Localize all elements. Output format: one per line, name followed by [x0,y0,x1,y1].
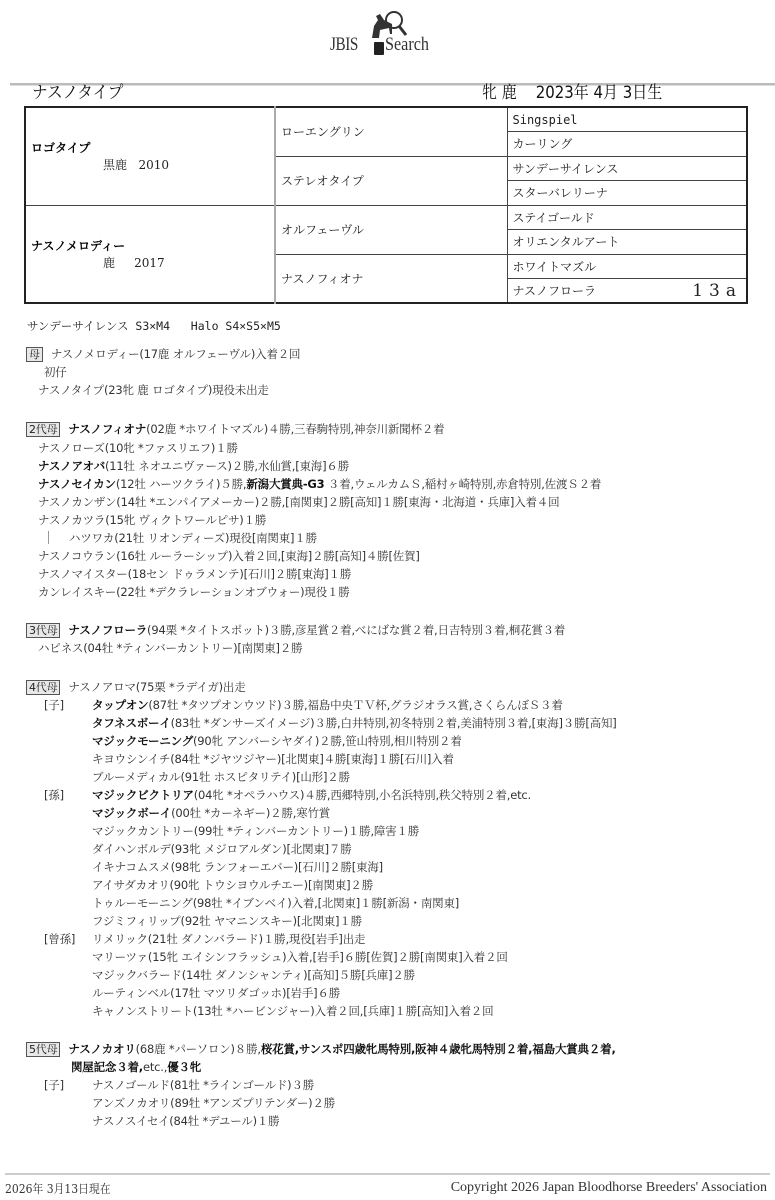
gen5-row[interactable]: ナスノゴールド(81牡 *ラインゴールド)３勝 [92,1077,314,1093]
pedigree-gen3-1[interactable]: Singspiel [507,107,747,132]
row-name[interactable]: マジックモーニング [92,734,193,748]
title-row: ナスノタイプ 牝 鹿 2023年 4月 3日生 [32,76,752,106]
dam-detail: 鹿 2017 [31,254,274,271]
dam-line: 母ナスノメロディー(17鹿 オルフェーヴル)入着２回 [26,346,300,362]
row-record: (11牡 ネオユニヴァース)２勝,水仙賞,[東海]６勝 [105,459,349,473]
pedigree-gen3-7[interactable]: ホワイトマズル [507,254,747,279]
gen3-head: 3代母ナスノフローラ(94栗 *タイトスポット)３勝,彦星賞２着,べにばな賞２着… [26,622,565,638]
gen2-row[interactable]: ナスノカツラ(15牝 ヴィクトワールピサ)１勝 [38,512,266,528]
badge-gen5: 5代母 [26,1042,60,1057]
sire-name[interactable]: ロゴタイプ [31,139,274,156]
gen4-row[interactable]: キヨウシンイチ(84牡 *ジヤツジヤー)[北関東]４勝[東海]１勝[石川]入着 [92,751,454,767]
row-graded-race: 新潟大賞典-G3 [246,477,324,491]
dam-entry[interactable]: ナスノメロディー(17鹿 オルフェーヴル)入着２回 [51,347,301,361]
row-name[interactable]: マジックビクトリア [92,788,194,802]
gen2-row[interactable]: カンレイスキー(22牡 *デクラレーションオブウォー)現役１勝 [38,584,350,600]
gen2-row[interactable]: ハツワカ(21牡 リオンディーズ)現役[南関東]１勝 [38,530,317,546]
row-record: (00牡 *カーネギー)２勝,寒竹賞 [171,806,330,820]
gen4-group-label: [孫] [44,787,64,803]
row-record: (04牝 *オペラハウス)４勝,西郷特別,小名浜特別,秩父特別２着,etc. [194,788,531,802]
gen2-row[interactable]: ナスノローズ(10牝 *ファスリエフ)１勝 [38,440,238,456]
gen2-dam-record: (02鹿 *ホワイトマズル)４勝,三春駒特別,神奈川新聞杯２着 [146,422,444,436]
gen4-row[interactable]: キャノンストリート(13牡 *ハービンジャー)入着２回,[兵庫]１勝[高知]入着… [92,1003,493,1019]
row-name[interactable]: ナスノアオバ [38,459,105,473]
horse-name: ナスノタイプ [32,78,123,103]
footer-divider [5,1173,770,1175]
gen2-row[interactable]: ナスノコウラン(16牡 ルーラーシップ)入着２回,[東海]２勝[高知]４勝[佐賀… [38,548,420,564]
gen4-group-label: [子] [44,697,64,713]
gen4-row[interactable]: マジックビクトリア(04牝 *オペラハウス)４勝,西郷特別,小名浜特別,秩父特別… [92,787,531,803]
gen5-head: 5代母ナスノカオリ(68鹿 *パーソロン)８勝,桜花賞,サンスポ四歳牝馬特別,阪… [26,1041,616,1057]
row-name[interactable]: タフネスボーイ [92,716,171,730]
pedigree-dam[interactable]: ナスノメロディー 鹿 2017 [25,205,275,303]
gen4-row[interactable]: タップオン(87牡 *タツプオンウツド)３勝,福島中央ＴＶ杯,グラジオラス賞,さ… [92,697,563,713]
pedigree-sire-dam[interactable]: ステレオタイプ [275,156,507,205]
gen2-dam-name[interactable]: ナスノフィオナ [68,422,146,436]
gen5-dam-bold-record: 桜花賞,サンスポ四歳牝馬特別,阪神４歳牝馬特別２着,福島大賞典２着, [261,1042,616,1056]
pedigree-sire-sire[interactable]: ローエングリン [275,107,507,156]
gen4-row[interactable]: マジックボーイ(00牡 *カーネギー)２勝,寒竹賞 [92,805,330,821]
gen5-row[interactable]: ナスノスイセイ(84牡 *デユール)１勝 [92,1113,279,1129]
gen4-dam-entry[interactable]: ナスノアロマ(75栗 *ラデイガ)出走 [68,680,245,694]
gen5-group-label: [子] [44,1077,64,1093]
pedigree-dam-sire[interactable]: オルフェーヴル [275,205,507,254]
dam-first-foal: 初仔 [44,364,67,380]
badge-gen4: 4代母 [26,680,60,695]
jbis-search-logo[interactable]: JBIS Search [330,8,460,56]
pedigree-gen3-3[interactable]: サンデーサイレンス [507,156,747,181]
tree-connector [48,531,49,544]
gen4-group-label: [曾孫] [44,931,75,947]
row-record: (12牡 ハーツクライ)５勝, [116,477,247,491]
gen5-award: 優３牝 [167,1060,201,1074]
row-record: ３着,ウェルカムＳ,稲村ヶ崎特別,赤倉特別,佐渡Ｓ２着 [324,477,601,491]
gen4-row[interactable]: ブルーメディカル(91牡 ホスピタリテイ)[山形]２勝 [92,769,350,785]
badge-gen3: 3代母 [26,623,60,638]
gen3-dam-record: (94栗 *タイトスポット)３勝,彦星賞２着,べにばな賞２着,日吉特別３着,桐花… [147,623,565,637]
gen4-row[interactable]: ダイハンボルデ(93牝 メジロアルダン)[北関東]７勝 [92,841,352,857]
logo-text-jbis: JBIS [330,34,365,56]
gen2-row[interactable]: ナスノカンザン(14牡 *エンパイアメーカー)２勝,[南関東]２勝[高知]１勝[… [38,494,559,510]
inbreeding-info: サンデーサイレンス S3×M4 Halo S4×S5×M5 [27,318,281,334]
logo-block [374,42,384,55]
row-name[interactable]: タップオン [92,698,148,712]
gen4-row[interactable]: アイサダカオリ(90牝 トウシヨウルチエー)[南関東]２勝 [92,877,373,893]
row-record: (83牡 *ダンサーズイメージ)３勝,白井特別,初冬特別２着,美浦特別３着,[東… [171,716,617,730]
gen2-row[interactable]: ナスノアオバ(11牡 ネオユニヴァース)２勝,水仙賞,[東海]６勝 [38,458,349,474]
pedigree-gen3-6[interactable]: オリエンタルアート [507,230,747,255]
gen4-row[interactable]: イキナコムスメ(98牝 ランフォーエバー)[石川]２勝[東海] [92,859,383,875]
pedigree-gen3-8[interactable]: ナスノフローラ [513,282,597,299]
logo-text-search: Search [385,34,429,56]
as-of-date: 2026年 3月13日現在 [5,1180,111,1197]
pedigree-gen3-2[interactable]: カーリング [507,132,747,157]
pedigree-gen3-8-cell: ナスノフローラ 13a [507,279,747,304]
gen5-record: etc., [143,1060,167,1074]
gen5-dam-name[interactable]: ナスノカオリ [68,1042,135,1056]
gen4-row[interactable]: フジミフィリップ(92牡 ヤマニンスキー)[北関東]１勝 [92,913,362,929]
pedigree-sire[interactable]: ロゴタイプ 黒鹿 2010 [25,107,275,205]
gen3-dam-name[interactable]: ナスノフローラ [68,623,147,637]
row-record: (90牝 アンバーシヤダイ)２勝,笹山特別,相川特別２着 [193,734,462,748]
horse-meta: 牝 鹿 2023年 4月 3日生 [482,78,662,103]
row-text[interactable]: ハツワカ(21牡 リオンディーズ)現役[南関東]１勝 [69,531,317,545]
gen4-row[interactable]: マリーツァ(15牝 エイシンフラッシュ)入着,[岩手]６勝[佐賀]２勝[南関東]… [92,949,508,965]
pedigree-dam-dam[interactable]: ナスノフィオナ [275,254,507,303]
gen3-row[interactable]: ハピネス(04牡 *ティンバーカントリー)[南関東]２勝 [38,640,302,656]
gen5-dam-record: (68鹿 *パーソロン)８勝, [136,1042,261,1056]
gen2-row[interactable]: ナスノマイスター(18セン ドゥラメンテ)[石川]２勝[東海]１勝 [38,566,351,582]
dam-name[interactable]: ナスノメロディー [31,237,274,254]
copyright: Copyright 2026 Japan Bloodhorse Breeders… [451,1180,767,1196]
gen4-row[interactable]: マジックカントリー(99牡 *ティンバーカントリー)１勝,障害１勝 [92,823,419,839]
gen2-row[interactable]: ナスノセイカン(12牡 ハーツクライ)５勝,新潟大賞典-G3 ３着,ウェルカムＳ… [38,476,601,492]
gen4-row[interactable]: トゥルーモーニング(98牡 *イブンベイ)入着,[北関東]１勝[新潟・南関東] [92,895,459,911]
gen4-row[interactable]: タフネスボーイ(83牡 *ダンサーズイメージ)３勝,白井特別,初冬特別２着,美浦… [92,715,617,731]
gen4-row[interactable]: リメリック(21牡 ダノンバラード)１勝,現役[岩手]出走 [92,931,365,947]
sire-detail: 黒鹿 2010 [31,156,274,173]
pedigree-table: ロゴタイプ 黒鹿 2010 ローエングリン Singspiel カーリング ステ… [24,106,748,304]
row-name[interactable]: ナスノセイカン [38,477,116,491]
gen2-head: 2代母ナスノフィオナ(02鹿 *ホワイトマズル)４勝,三春駒特別,神奈川新聞杯２… [26,421,444,437]
badge-dam: 母 [26,347,43,362]
gen4-row[interactable]: マジックモーニング(90牝 アンバーシヤダイ)２勝,笹山特別,相川特別２着 [92,733,462,749]
dam-offspring[interactable]: ナスノタイプ(23牝 鹿 ロゴタイプ)現役未出走 [38,382,269,398]
gen5-bold-record: 関屋記念３着, [71,1060,143,1074]
badge-gen2: 2代母 [26,422,60,437]
gen4-head: 4代母ナスノアロマ(75栗 *ラデイガ)出走 [26,679,246,695]
gen5-row[interactable]: アンズノカオリ(89牡 *アンズプリテンダー)２勝 [92,1095,335,1111]
family-number: 13a [692,281,742,301]
gen4-row[interactable]: マジックバラード(14牡 ダノンシャンティ)[高知]５勝[兵庫]２勝 [92,967,415,983]
row-record: (87牡 *タツプオンウツド)３勝,福島中央ＴＶ杯,グラジオラス賞,さくらんぼＳ… [148,698,562,712]
row-name[interactable]: マジックボーイ [92,806,171,820]
gen5-head-cont: 関屋記念３着,etc.,優３牝 [71,1059,201,1075]
gen4-row[interactable]: ルーティンベル(17牡 マツリダゴッホ)[岩手]６勝 [92,985,340,1001]
pedigree-gen3-5[interactable]: ステイゴールド [507,205,747,230]
pedigree-gen3-4[interactable]: スターバレリーナ [507,181,747,206]
